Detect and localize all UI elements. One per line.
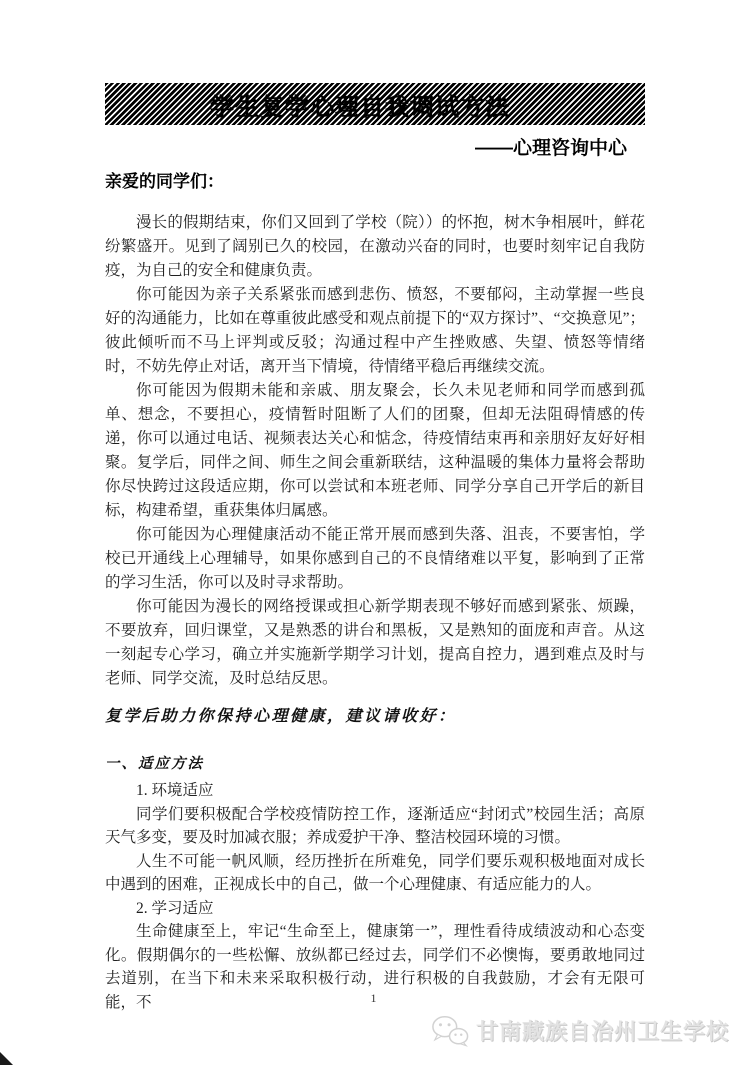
title-banner: 学生复学心理自我调试方法: [105, 83, 645, 125]
page-number: 1: [0, 991, 747, 1006]
document-page: 学生复学心理自我调试方法 ——心理咨询中心 亲爱的同学们： 漫长的假期结束，你们…: [0, 0, 747, 1065]
advice-heading: 复学后助力你保持心理健康，建议请收好：: [105, 705, 645, 729]
subsection-environment: 1. 环境适应 同学们要积极配合学校疫情防控工作，逐渐适应“封闭式”校园生活；高…: [105, 779, 645, 897]
paragraph: 你可能因为心理健康活动不能正常开展而感到失落、沮丧，不要害怕，学校已开通线上心理…: [105, 523, 645, 595]
subsection-title: 2. 学习适应: [105, 897, 645, 921]
corner-mark: [0, 1052, 13, 1065]
salutation: 亲爱的同学们：: [105, 170, 645, 193]
paragraph: 人生不可能一帆风顺，经历挫折在所难免，同学们要乐观积极地面对成长中遇到的困难，正…: [105, 850, 645, 897]
document-title: 学生复学心理自我调试方法: [210, 87, 510, 122]
paragraph: 你可能因为假期未能和亲戚、朋友聚会，长久未见老师和同学而感到孤单、想念，不要担心…: [105, 379, 645, 523]
watermark: 甘南藏族自治州卫生学校: [431, 1014, 729, 1047]
intro-paragraphs: 漫长的假期结束，你们又回到了学校（院））的怀抱，树木争相展叶，鲜花纷繁盛开。见到…: [105, 211, 645, 691]
paragraph: 你可能因为亲子关系紧张而感到悲伤、愤怒，不要郁闷，主动掌握一些良好的沟通能力，比…: [105, 283, 645, 379]
school-name: 甘南藏族自治州卫生学校: [476, 1015, 729, 1046]
paragraph: 漫长的假期结束，你们又回到了学校（院））的怀抱，树木争相展叶，鲜花纷繁盛开。见到…: [105, 211, 645, 283]
byline: ——心理咨询中心: [105, 137, 645, 161]
section-heading: 一、适应方法: [105, 753, 645, 775]
subsection-title: 1. 环境适应: [105, 779, 645, 803]
document-content: 学生复学心理自我调试方法 ——心理咨询中心 亲爱的同学们： 漫长的假期结束，你们…: [105, 83, 645, 1014]
paragraph: 你可能因为漫长的网络授课或担心新学期表现不够好而感到紧张、烦躁，不要放弃，回归课…: [105, 595, 645, 691]
wechat-logo-icon: [431, 1014, 469, 1047]
paragraph: 同学们要积极配合学校疫情防控工作，逐渐适应“封闭式”校园生活；高原天气多变，要及…: [105, 803, 645, 850]
